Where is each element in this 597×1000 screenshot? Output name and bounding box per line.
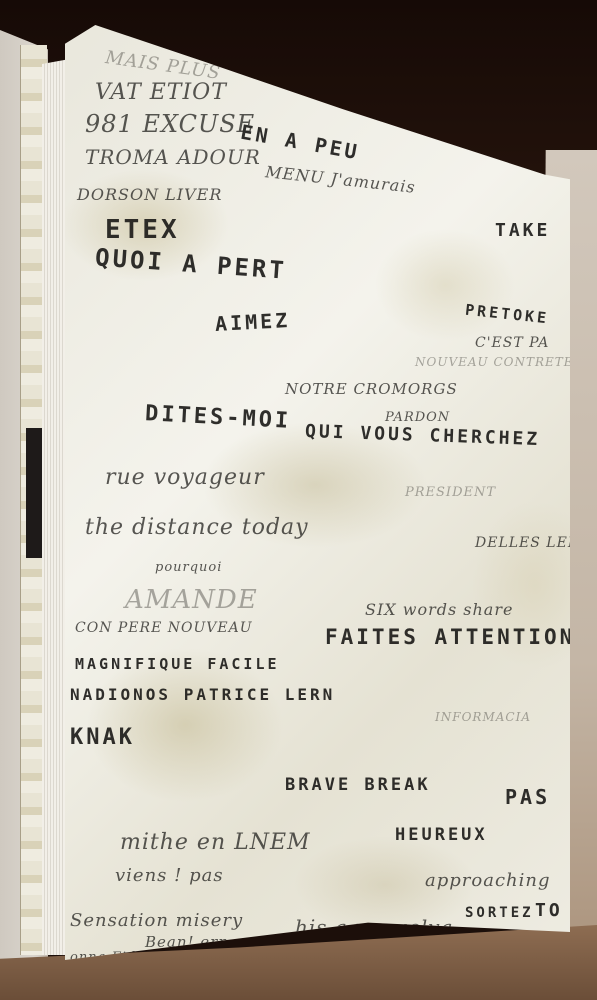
cover-word: NOUVEAU CONTRETEUR bbox=[415, 355, 570, 369]
cover-word: MENU J'amurais bbox=[264, 162, 416, 197]
cover-word: PRETOKE bbox=[464, 301, 550, 328]
cover-word: MAGNIFIQUE FACILE bbox=[75, 655, 280, 673]
cover-word: PARDON bbox=[385, 410, 450, 425]
cover-word: AIMEZ bbox=[214, 308, 290, 336]
cover-word: CON PERE NOUVEAU bbox=[75, 620, 253, 636]
cover-word: SORTEZ bbox=[465, 905, 534, 921]
cover-word: TAKE bbox=[495, 220, 550, 241]
cover-word: DELLES LEEIQUE bbox=[475, 535, 570, 551]
cover-word: NADIONOS PATRICE LERN bbox=[70, 685, 335, 704]
cover-word: AMANDE bbox=[125, 585, 258, 615]
cover-word: NOTRE CROMORGS bbox=[285, 380, 458, 398]
cover-word: BRAVE BREAK bbox=[285, 775, 431, 795]
cover-word: approaching bbox=[425, 870, 551, 891]
cover-word: DORSON LIVER bbox=[77, 185, 222, 204]
cover-word: 981 EXCUSE bbox=[85, 110, 255, 138]
cover-word: his aqua velva bbox=[295, 915, 454, 939]
cover-word: Sensation misery bbox=[70, 910, 243, 931]
cover-word: KNAK bbox=[70, 725, 135, 750]
cover-word: pourquoi bbox=[155, 560, 222, 575]
cover-word: Bean! err bbox=[145, 933, 227, 951]
cover-word: TROMA ADOUR bbox=[85, 145, 261, 169]
cover-word: SIX words share bbox=[365, 600, 513, 619]
cover-word: FAITES ATTENTION bbox=[325, 625, 570, 649]
spine-band bbox=[26, 428, 44, 558]
cover-word: the distance today bbox=[85, 515, 309, 540]
cover-word: HEUREUX bbox=[395, 825, 488, 845]
cover-word: QUOI A PERT bbox=[94, 243, 287, 284]
cover-word: C'EST PA bbox=[475, 335, 549, 351]
cover-word: INFORMACIA bbox=[435, 710, 531, 724]
cover-word: mithe en LNEM bbox=[120, 830, 311, 855]
cover-word: VAT ETIOT bbox=[95, 80, 227, 105]
cover-word: DITES-MOI bbox=[144, 401, 291, 434]
cover-word: viens ! pas bbox=[115, 865, 224, 886]
cover-word: PAS bbox=[505, 785, 550, 809]
cover-word: PRESIDENT bbox=[405, 485, 496, 500]
cover-word: QUI VOUS CHERCHEZ bbox=[305, 421, 541, 450]
cover-word: TO bbox=[535, 900, 563, 921]
cover-word: ETEX bbox=[105, 215, 180, 245]
book-cover: MAIS PLUS VAT ETIOT EN A PEU 981 EXCUSE … bbox=[65, 25, 570, 960]
cover-word: rue voyageur bbox=[105, 465, 265, 490]
